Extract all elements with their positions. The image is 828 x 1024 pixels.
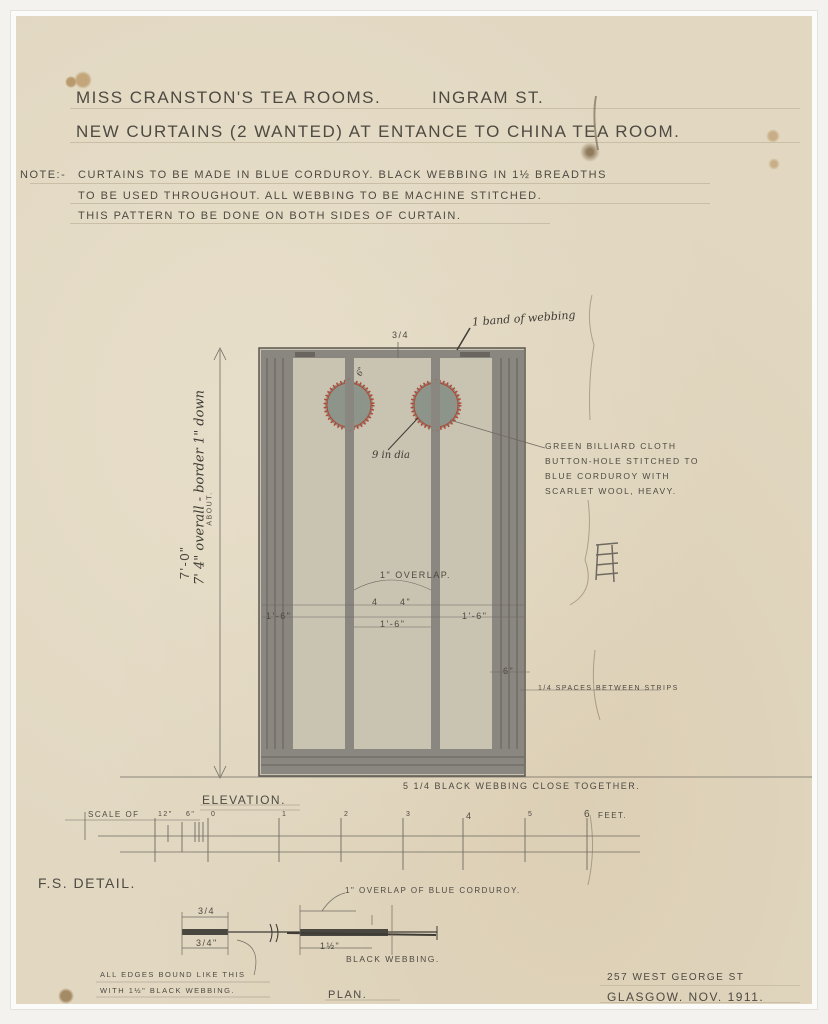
elevation-label: Elevation.: [202, 793, 286, 807]
scale-tick-6in: 6": [186, 811, 195, 818]
dim-left-panel: 1'-6": [266, 611, 291, 621]
scale-tick-4: 4: [466, 811, 473, 821]
detail-overlap-note: 1" overlap of Blue Corduroy.: [345, 886, 521, 895]
scale-tick-2: 2: [344, 811, 349, 818]
curtain-elevation-drawing: [0, 0, 828, 1024]
detail-label: F.S. Detail.: [38, 875, 136, 891]
detail-dim-bottom: 3/4": [196, 938, 218, 948]
detail-webbing-dim: 1½": [320, 941, 340, 951]
scale-tick-1: 1: [282, 811, 287, 818]
scale-label: Scale of: [88, 810, 140, 819]
scale-tick-3: 3: [406, 811, 411, 818]
dim-center-b: 4": [400, 597, 411, 607]
plan-label: Plan.: [328, 989, 367, 1001]
detail-webbing-label: Black Webbing.: [346, 954, 440, 964]
height-dimension: 7'-0": [177, 546, 192, 579]
callout-line-1: Green Billiard Cloth: [545, 441, 677, 451]
top-dimension: 3/4: [392, 330, 409, 340]
dim-center-panel: 1'-6": [380, 619, 405, 629]
circle-diameter-note: 9 in dia: [372, 450, 410, 461]
overall-height-pencil: 7' 4" overall - border 1" down: [193, 368, 208, 608]
scale-tick-0: 0: [211, 811, 216, 818]
detail-dim-top: 3/4: [198, 906, 215, 916]
callout-line-2: Button-Hole Stitched to: [545, 456, 699, 466]
dim-side-border: 6": [503, 666, 514, 676]
address-line-2: Glasgow. Nov. 1911.: [607, 990, 764, 1004]
edges-note-line-1: All Edges Bound like this: [100, 970, 245, 979]
dim-right-panel: 1'-6": [462, 611, 487, 621]
scale-tick-6: 6: [584, 809, 591, 820]
scale-tick-5: 5: [528, 811, 533, 818]
edges-note-line-2: with 1½" Black Webbing.: [100, 986, 235, 995]
spaces-note: 1/4 spaces between strips: [538, 685, 679, 692]
scale-tick-12in: 12": [158, 811, 173, 818]
bottom-webbing-note: 5 1/4 Black Webbing Close Together.: [403, 781, 640, 791]
height-about-label: About.: [207, 491, 214, 525]
overlap-note: 1" overlap.: [380, 570, 451, 580]
callout-line-3: Blue Corduroy with: [545, 471, 670, 481]
scale-unit: Feet.: [598, 811, 627, 820]
address-line-1: 257 West George St: [607, 972, 744, 983]
callout-line-4: Scarlet Wool, Heavy.: [545, 486, 677, 496]
dim-center-a: 4: [372, 597, 379, 607]
